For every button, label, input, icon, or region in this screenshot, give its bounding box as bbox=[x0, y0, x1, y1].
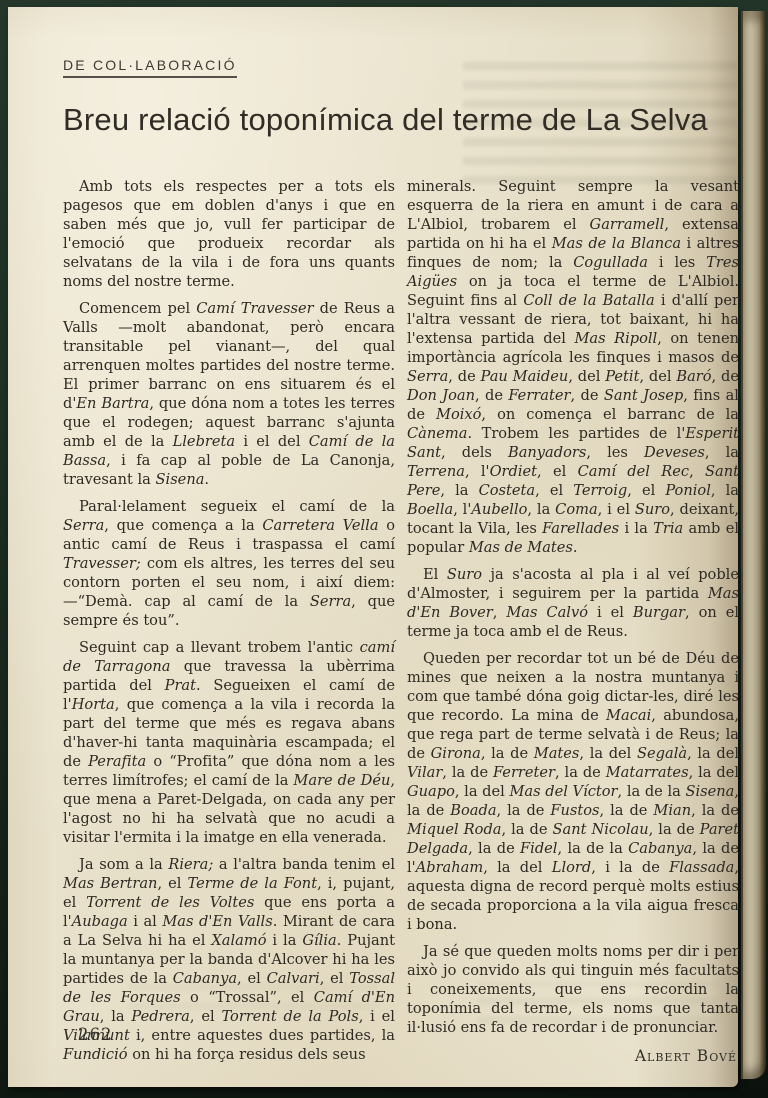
page-content: DE COL·LABORACIÓ Breu relació toponímica… bbox=[8, 7, 738, 1087]
paragraph: Paral·lelament segueix el camí de la Ser… bbox=[63, 497, 395, 630]
paragraph: Ja sé que queden molts noms per dir i pe… bbox=[407, 942, 739, 1037]
page-number: 262 bbox=[78, 1025, 113, 1044]
paragraph: El Suro ja s'acosta al pla i al veí pobl… bbox=[407, 565, 739, 641]
paragraph: Seguint cap a llevant trobem l'antic cam… bbox=[63, 638, 395, 847]
paragraph: Ja som a la Riera; a l'altra banda tenim… bbox=[63, 855, 395, 1064]
article-body: Amb tots els respectes per a tots els pa… bbox=[63, 177, 739, 1072]
paragraph: Amb tots els respectes per a tots els pa… bbox=[63, 177, 395, 291]
paragraph: Queden per recordar tot un bé de Déu de … bbox=[407, 649, 739, 934]
author-signature: Albert Bové bbox=[407, 1047, 739, 1065]
scanned-page-background: { "header": { "section_label": "DE COL·L… bbox=[0, 0, 768, 1098]
article-title: Breu relació toponímica del terme de La … bbox=[63, 102, 739, 138]
paragraph: Comencem pel Camí Travesser de Reus a Va… bbox=[63, 299, 395, 489]
section-label: DE COL·LABORACIÓ bbox=[63, 57, 237, 78]
left-column: Amb tots els respectes per a tots els pa… bbox=[63, 177, 395, 1072]
paragraph: minerals. Seguint sempre la vesant esque… bbox=[407, 177, 739, 557]
book-binding-edge bbox=[741, 11, 766, 1079]
right-column: minerals. Seguint sempre la vesant esque… bbox=[407, 177, 739, 1072]
